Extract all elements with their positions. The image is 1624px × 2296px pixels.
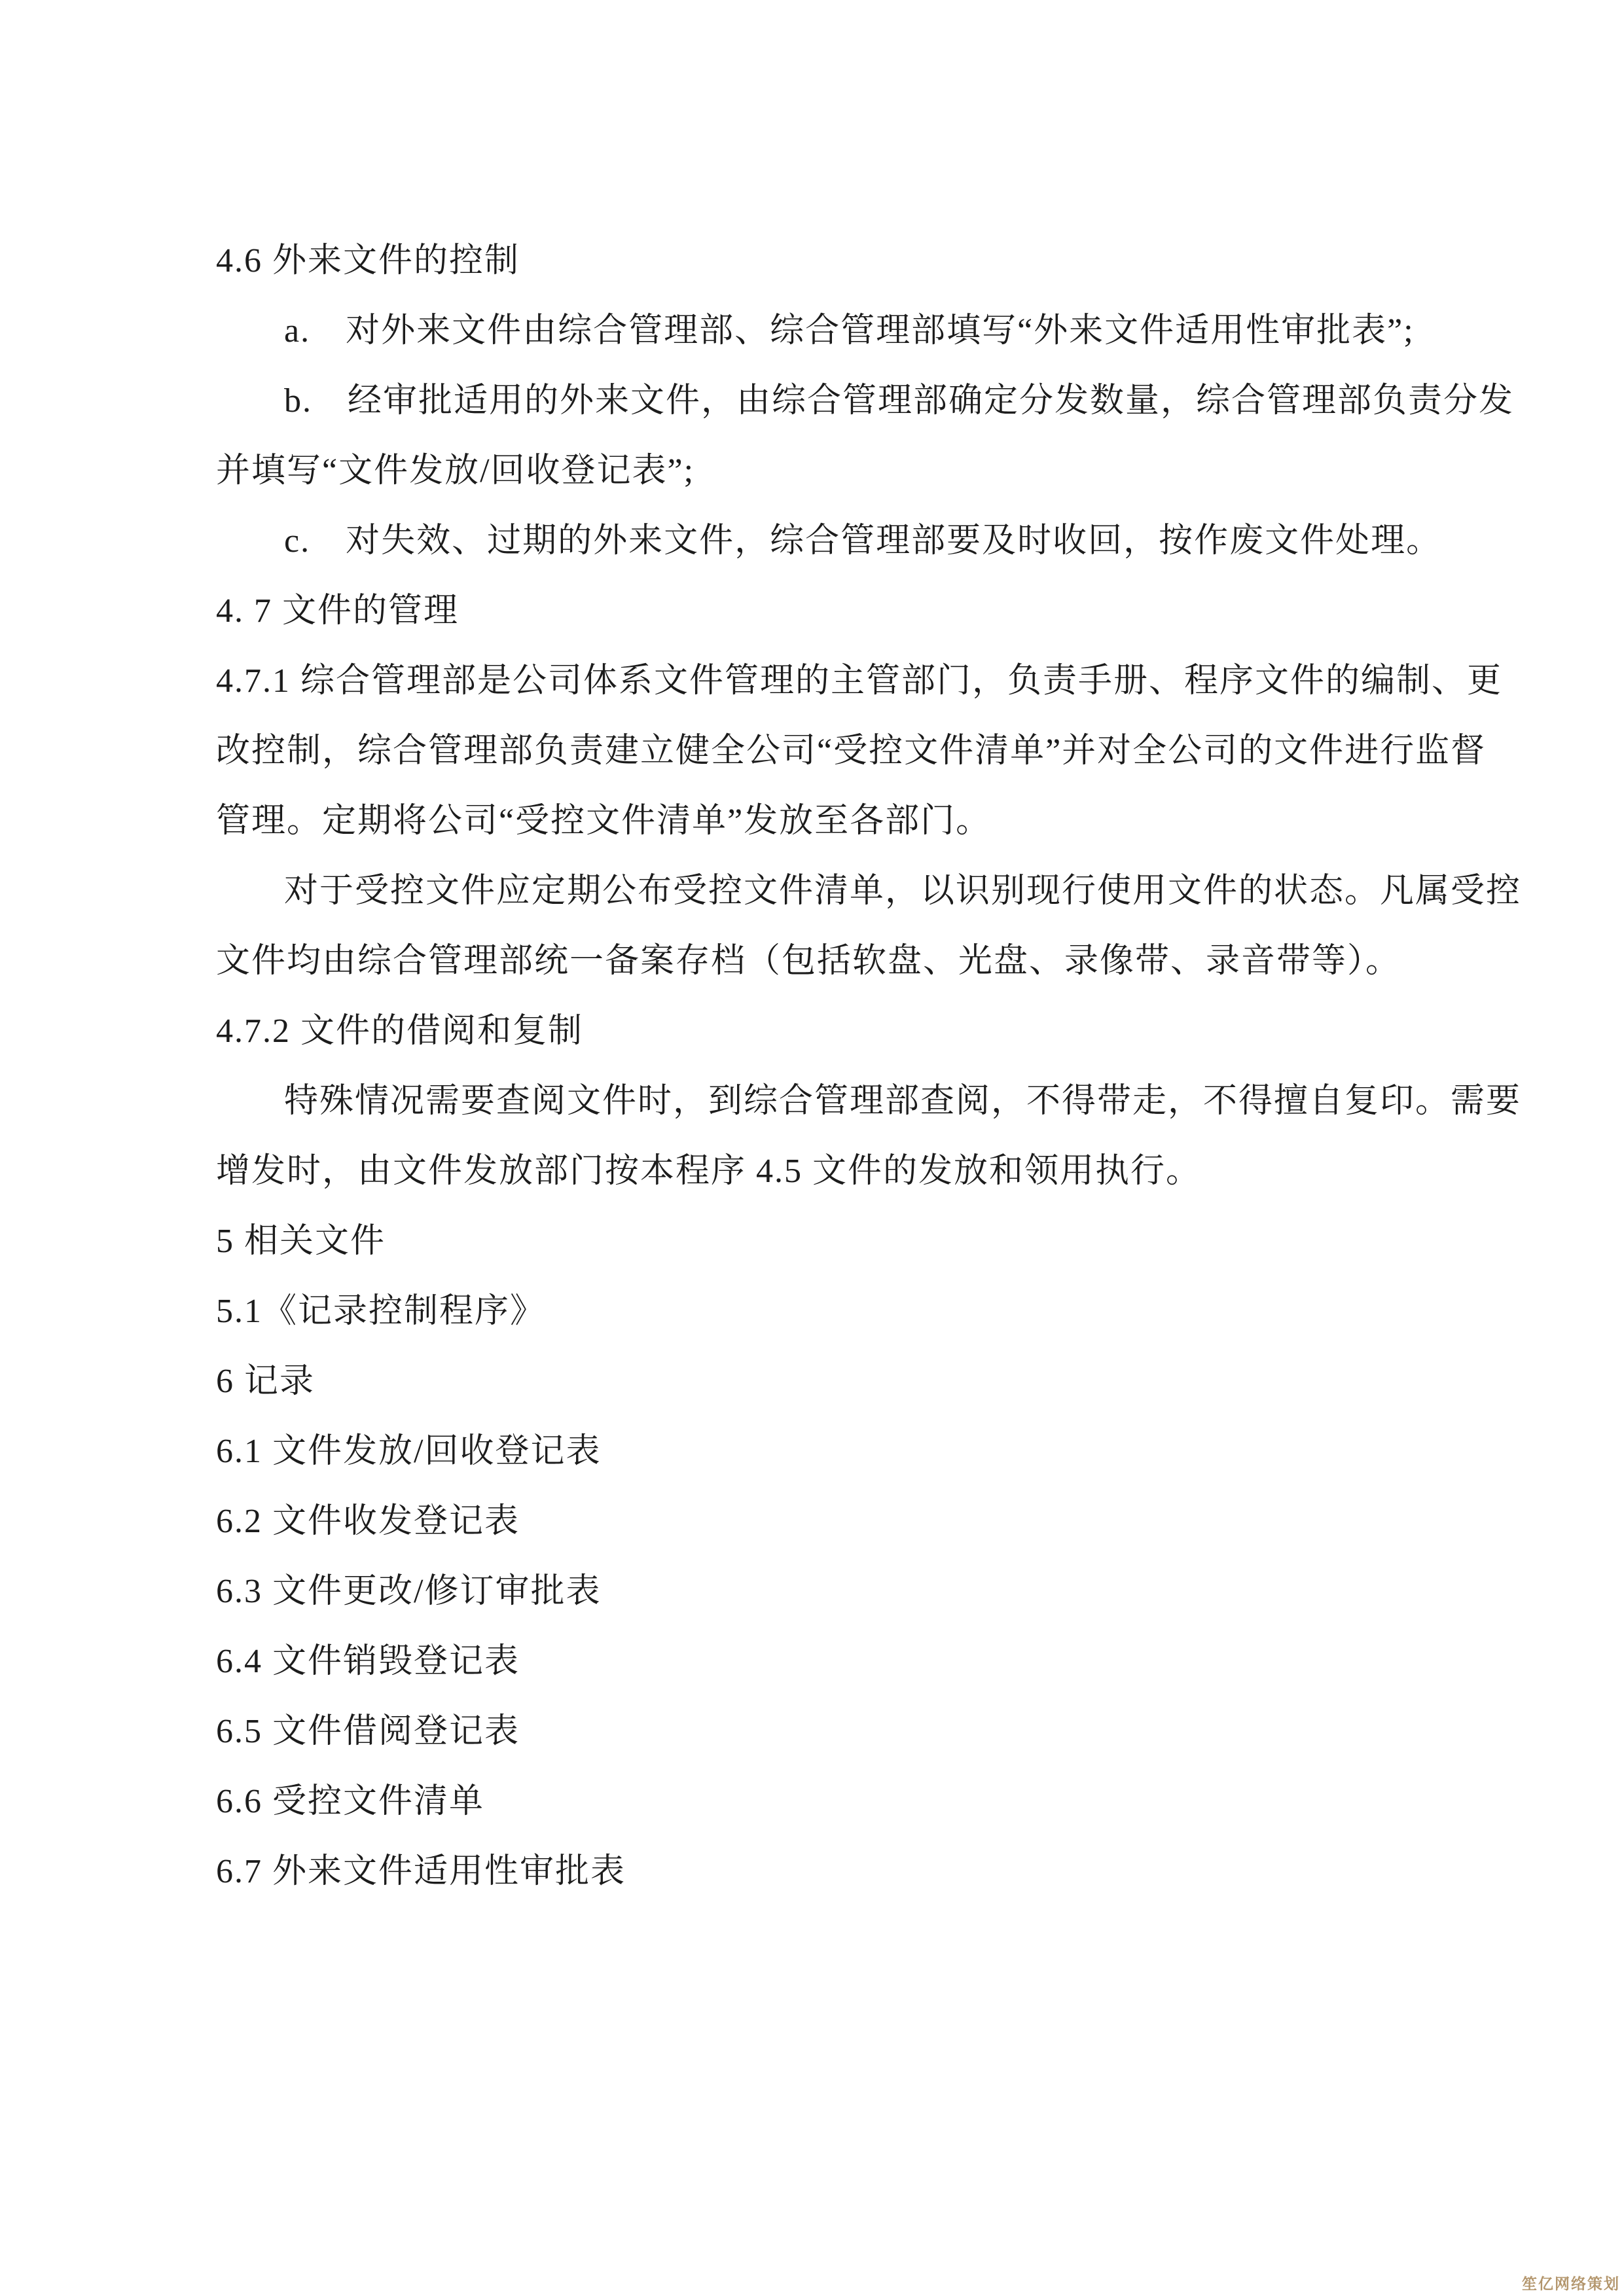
text-line: 6.2 文件收发登记表: [216, 1486, 1466, 1556]
text-line: a. 对外来文件由综合管理部、综合管理部填写“外来文件适用性审批表”;: [216, 296, 1466, 366]
text-line: 并填写“文件发放/回收登记表”;: [216, 436, 1466, 506]
text-line: b. 经审批适用的外来文件，由综合管理部确定分发数量，综合管理部负责分发: [216, 366, 1466, 436]
text-line: 5.1《记录控制程序》: [216, 1276, 1466, 1346]
text-line: 对于受控文件应定期公布受控文件清单，以识别现行使用文件的状态。凡属受控: [216, 856, 1466, 926]
document-body: 4.6 外来文件的控制a. 对外来文件由综合管理部、综合管理部填写“外来文件适用…: [216, 226, 1466, 1907]
text-line: 改控制，综合管理部负责建立健全公司“受控文件清单”并对全公司的文件进行监督: [216, 716, 1466, 786]
text-line: 特殊情况需要查阅文件时，到综合管理部查阅，不得带走，不得擅自复印。需要: [216, 1066, 1466, 1136]
text-line: 6.7 外来文件适用性审批表: [216, 1837, 1466, 1907]
text-line: 4.6 外来文件的控制: [216, 226, 1466, 296]
text-line: 6.6 受控文件清单: [216, 1767, 1466, 1837]
text-line: 6 记录: [216, 1346, 1466, 1416]
text-line: 4. 7 文件的管理: [216, 576, 1466, 646]
text-line: 文件均由综合管理部统一备案存档（包括软盘、光盘、录像带、录音带等）。: [216, 926, 1466, 996]
watermark: 笙亿网络策划: [1522, 2272, 1620, 2293]
text-line: 4.7.2 文件的借阅和复制: [216, 996, 1466, 1066]
text-line: 6.3 文件更改/修订审批表: [216, 1556, 1466, 1626]
text-line: 6.4 文件销毁登记表: [216, 1626, 1466, 1696]
text-line: 6.5 文件借阅登记表: [216, 1696, 1466, 1767]
text-line: 5 相关文件: [216, 1206, 1466, 1276]
document-page: 4.6 外来文件的控制a. 对外来文件由综合管理部、综合管理部填写“外来文件适用…: [0, 0, 1624, 2296]
text-line: 增发时，由文件发放部门按本程序 4.5 文件的发放和领用执行。: [216, 1136, 1466, 1206]
text-line: c. 对失效、过期的外来文件，综合管理部要及时收回，按作废文件处理。: [216, 506, 1466, 576]
text-line: 4.7.1 综合管理部是公司体系文件管理的主管部门，负责手册、程序文件的编制、更: [216, 646, 1466, 716]
text-line: 管理。定期将公司“受控文件清单”发放至各部门。: [216, 786, 1466, 856]
text-line: 6.1 文件发放/回收登记表: [216, 1416, 1466, 1486]
